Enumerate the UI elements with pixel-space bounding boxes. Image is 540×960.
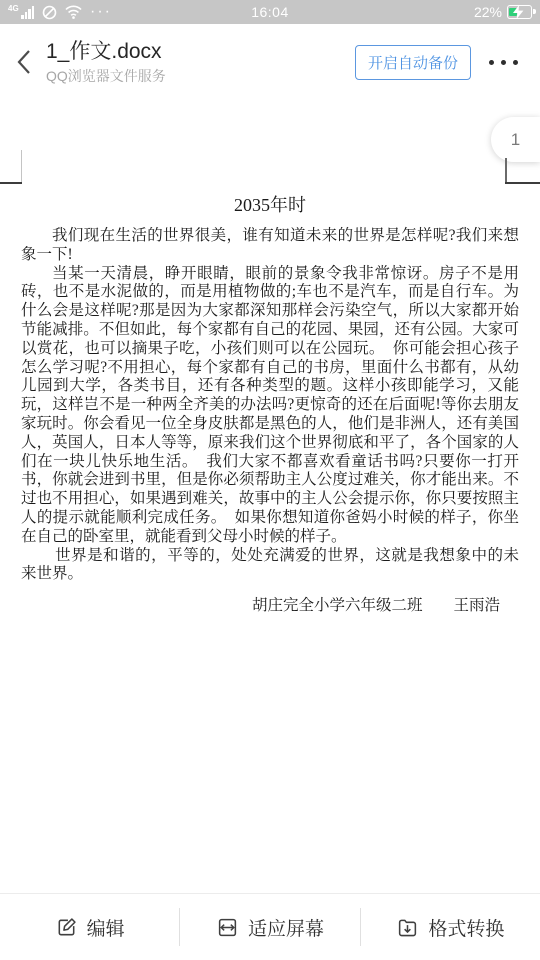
essay-paragraph: 当某一天清晨，睁开眼睛，眼前的景象令我非常惊讶。房子不是用砖，也不是水泥做的，而…	[21, 265, 519, 547]
file-service-subtitle: QQ浏览器文件服务	[46, 67, 166, 85]
chevron-left-icon	[16, 49, 31, 75]
page-corner-left-horizontal	[0, 182, 22, 184]
battery-percent: 22%	[474, 4, 502, 20]
status-left-icons: 4G ···	[0, 5, 188, 20]
edit-button[interactable]: 编辑	[0, 894, 179, 960]
page-number-indicator[interactable]: 1	[491, 117, 540, 162]
back-button[interactable]	[0, 34, 46, 90]
auto-backup-button[interactable]: 开启自动备份	[355, 45, 471, 80]
page-corner-right-vertical	[505, 158, 507, 183]
status-time: 16:04	[188, 4, 352, 20]
essay-signature: 胡庄完全小学六年级二班 王雨浩	[21, 597, 519, 616]
essay-paragraph: 世界是和谐的，平等的，处处充满爱的世界，这就是我想象中的未来世界。	[21, 547, 519, 585]
convert-icon	[396, 916, 419, 939]
battery-charging-icon	[507, 5, 532, 19]
fit-screen-button[interactable]: 适应屏幕	[180, 894, 359, 960]
format-convert-button[interactable]: 格式转换	[361, 894, 540, 960]
page-corner-left-vertical	[21, 150, 22, 183]
status-bar: 4G ··· 16:04 22%	[0, 0, 540, 24]
essay-title: 2035年时	[21, 194, 519, 216]
header: 1_作文.docx QQ浏览器文件服务 开启自动备份	[0, 24, 540, 100]
more-menu-button[interactable]	[471, 42, 540, 82]
do-not-disturb-icon	[42, 5, 57, 20]
document-page[interactable]: 2035年时 我们现在生活的世界很美，谁有知道未来的世界是怎样呢?我们来想象一下…	[21, 184, 519, 616]
wifi-icon	[65, 5, 82, 19]
essay-paragraph: 我们现在生活的世界很美，谁有知道未来的世界是怎样呢?我们来想象一下!	[21, 227, 519, 265]
file-title: 1_作文.docx	[46, 39, 166, 65]
edit-icon	[55, 916, 78, 939]
status-more-icon: ···	[90, 7, 112, 17]
bottom-toolbar: 编辑 适应屏幕 格式转换	[0, 893, 540, 960]
signal-4g-icon: 4G	[8, 6, 34, 19]
phone-screen: 4G ··· 16:04 22%	[0, 0, 540, 960]
fit-screen-icon	[216, 916, 239, 939]
